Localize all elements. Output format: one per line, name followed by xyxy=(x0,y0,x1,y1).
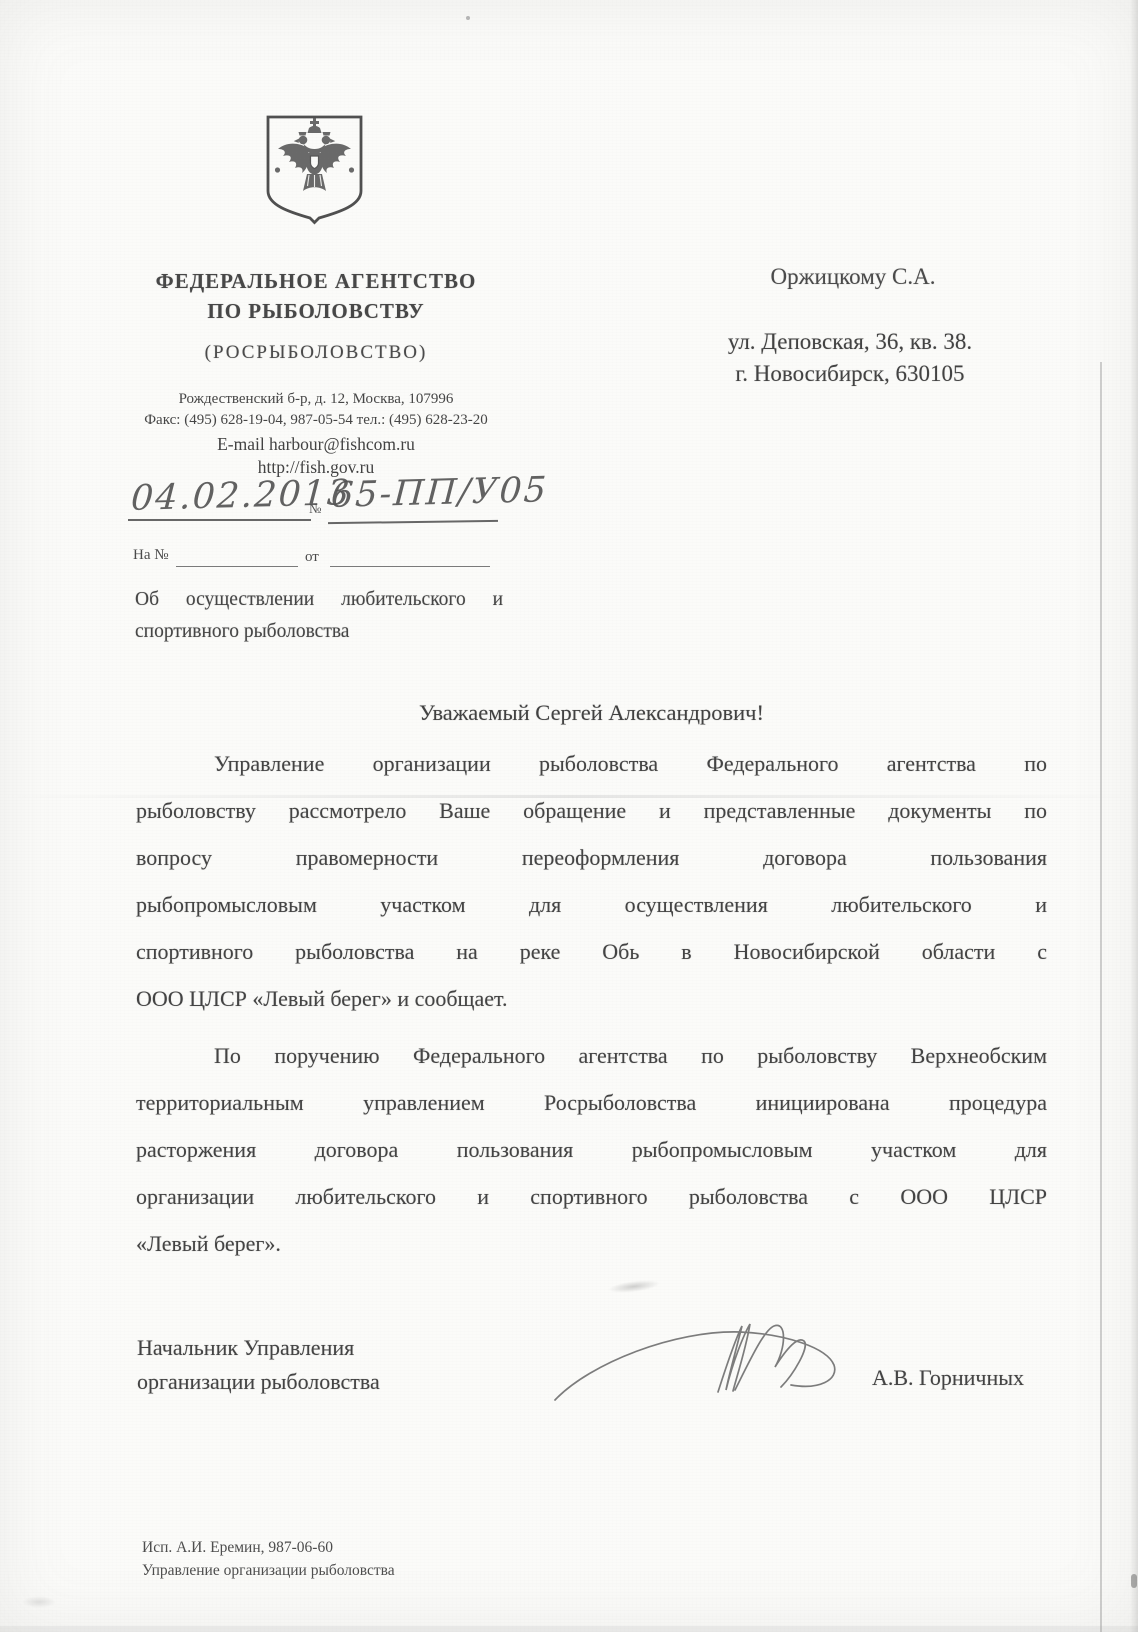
scanned-letter-page: ФЕДЕРАЛЬНОЕ АГЕНТСТВО ПО РЫБОЛОВСТВУ (РО… xyxy=(0,0,1138,1632)
text-line: Об осуществлении любительского и xyxy=(135,584,503,616)
executor-info: Исп. А.И. Еремин, 987-06-60 Управление о… xyxy=(142,1537,602,1582)
coat-of-arms-icon xyxy=(262,112,367,228)
text-line: рыбопромысловым участком для осуществлен… xyxy=(136,881,1047,928)
scan-artifact-dot xyxy=(466,16,470,20)
body-paragraph-1: Управление организации рыболовства Федер… xyxy=(136,740,1047,1022)
date-underline xyxy=(128,519,311,521)
signature-title-line2: организации рыболовства xyxy=(137,1365,497,1399)
text-line: Управление организации рыболовства Федер… xyxy=(136,740,1047,787)
text-line: «Левый берег». xyxy=(136,1220,1047,1267)
number-underline xyxy=(328,520,498,524)
signature-title-line1: Начальник Управления xyxy=(137,1331,497,1365)
text-line: ООО ЦЛСР «Левый берег» и сообщает. xyxy=(136,975,1047,1022)
agency-name-line1: ФЕДЕРАЛЬНОЕ АГЕНТСТВО xyxy=(130,266,502,296)
subject: Об осуществлении любительского испортивн… xyxy=(135,584,503,648)
agency-email: E-mail harbour@fishcom.ru xyxy=(100,434,532,455)
scan-artifact-bottom-edge xyxy=(0,1626,1138,1632)
reference-ot-label: от xyxy=(305,549,319,566)
recipient-address-line2: г. Новосибирск, 630105 xyxy=(680,361,1020,387)
scan-artifact-right-edge xyxy=(1130,0,1138,1632)
text-line: вопросу правомерности переоформления дог… xyxy=(136,834,1047,881)
recipient-name: Оржицкому С.А. xyxy=(698,264,1008,290)
scan-artifact-vertical-line xyxy=(1100,362,1102,1632)
executor-line: Исп. А.И. Еремин, 987-06-60 xyxy=(142,1537,602,1560)
signer-name: А.В. Горничных xyxy=(872,1365,1072,1391)
scan-artifact-corner-smudge xyxy=(22,1596,56,1608)
agency-name-line2: ПО РЫБОЛОВСТВУ xyxy=(130,296,502,326)
executor-department: Управление организации рыболовства xyxy=(142,1560,602,1583)
salutation: Уважаемый Сергей Александрович! xyxy=(136,700,1047,726)
agency-name: ФЕДЕРАЛЬНОЕ АГЕНТСТВО ПО РЫБОЛОВСТВУ xyxy=(130,266,502,326)
reference-underline-2 xyxy=(330,566,490,567)
reference-na-label: На № xyxy=(133,547,169,564)
text-line: спортивного рыболовства на реке Обь в Но… xyxy=(136,928,1047,975)
agency-short-name: (РОСРЫБОЛОВСТВО) xyxy=(130,342,502,364)
body-paragraph-2: По поручению Федерального агентства по р… xyxy=(136,1032,1047,1267)
signature-title: Начальник Управления организации рыболов… xyxy=(137,1331,497,1398)
outgoing-number-handwritten: 65-ПП/У05 xyxy=(330,470,549,516)
scan-artifact-edge-blob xyxy=(1131,1574,1137,1588)
recipient-address-line1: ул. Деповская, 36, кв. 38. xyxy=(680,329,1020,355)
text-line: По поручению Федерального агентства по р… xyxy=(136,1032,1047,1079)
text-line: территориальным управлением Росрыболовст… xyxy=(136,1079,1047,1126)
scan-artifact-fold-line xyxy=(0,795,1138,798)
scan-smudge xyxy=(608,1278,661,1295)
text-line: расторжения договора пользования рыбопро… xyxy=(136,1126,1047,1173)
text-line: спортивного рыболовства xyxy=(135,616,503,648)
text-line: организации любительского и спортивного … xyxy=(136,1173,1047,1220)
agency-phones: Факс: (495) 628-19-04, 987-05-54 тел.: (… xyxy=(100,412,532,429)
number-sign: № xyxy=(309,501,321,517)
reference-underline-1 xyxy=(176,566,298,567)
signature-flourish xyxy=(535,1318,865,1410)
agency-address: Рождественский б-р, д. 12, Москва, 10799… xyxy=(100,391,532,408)
